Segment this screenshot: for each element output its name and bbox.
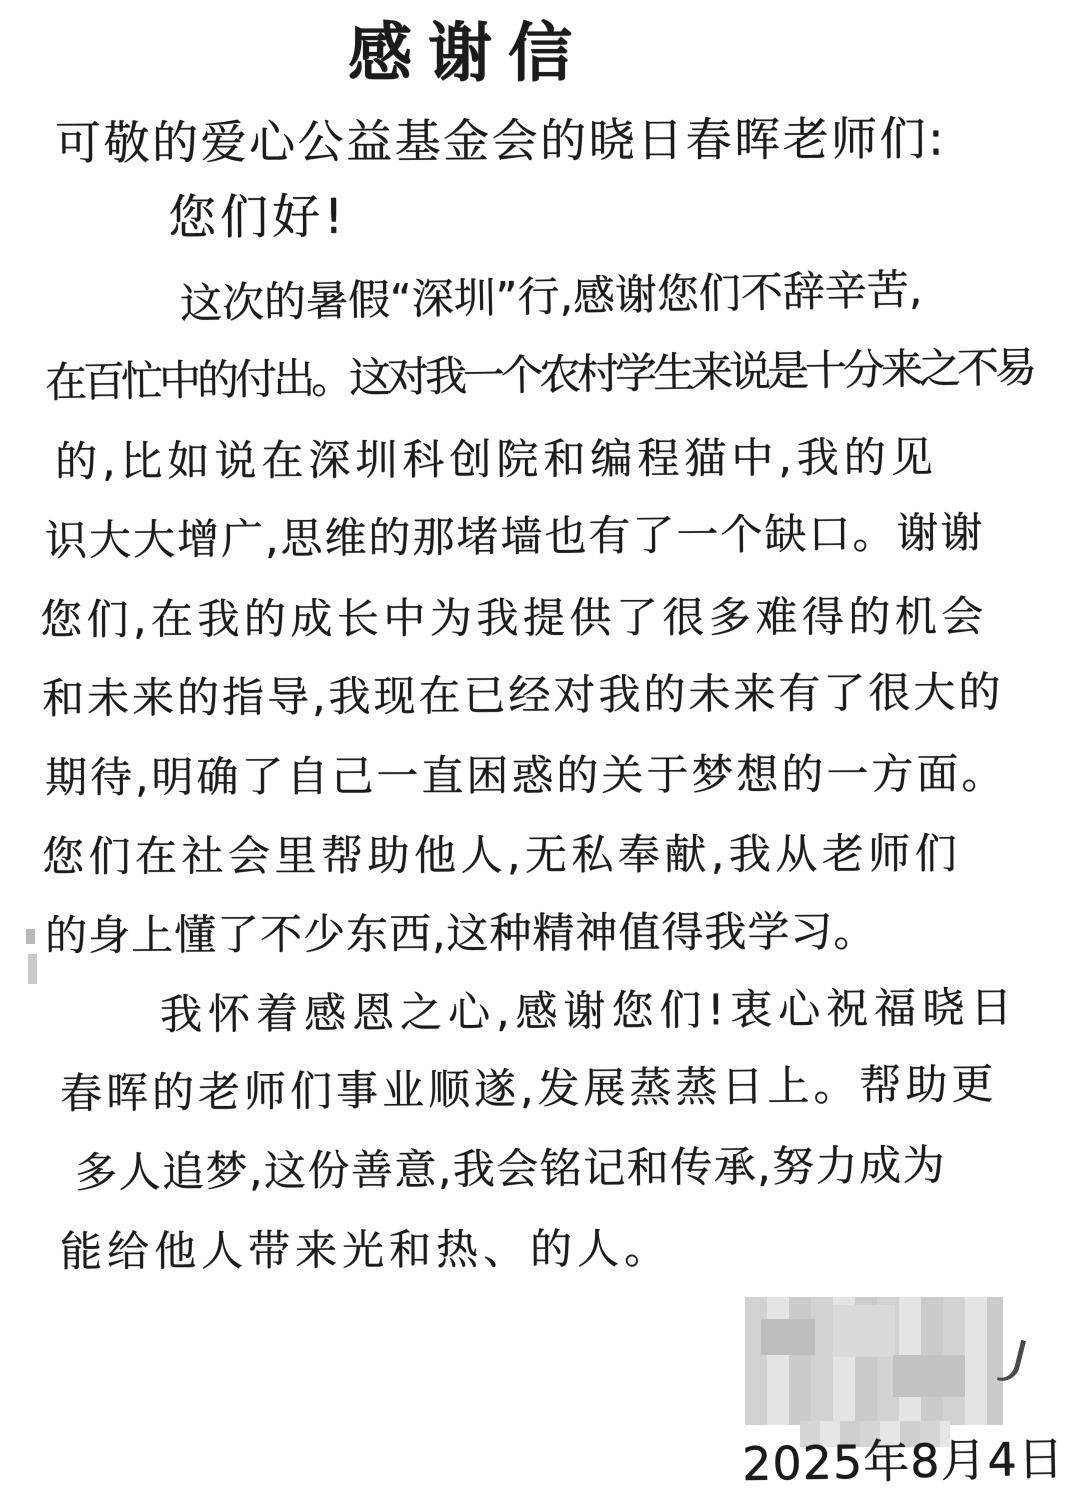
letter-line: 和未来的指导,我现在已经对我的未来有了很大的: [42, 652, 1076, 738]
letter-title: 感谢信: [0, 0, 1006, 94]
letter-line: 我怀着感恩之心,感谢您们!衷心祝福晓日: [160, 967, 1076, 1054]
letter-line: 您们,在我的成长中为我提供了很多难得的机会: [40, 576, 1076, 659]
letter-body: 这次的暑假“深圳”行,感谢您们不辞辛苦, 在百忙中的付出。这对我一个农村学生来说…: [0, 264, 1076, 1291]
letter-line: 能给他人带来光和热、的人。: [60, 1207, 1076, 1291]
letter-line: 识大大增广,思维的那堵墙也有了一个缺口。谢谢: [45, 492, 1076, 580]
letter-salutation: 可敬的爱心公益基金会的晓日春晖老师们:: [55, 105, 1076, 177]
letter-line: 的身上懂了不少东西,这种精神值得我学习。: [45, 890, 1076, 974]
scan-artifact: [26, 929, 35, 944]
letter-line: 的,比如说在深圳科创院和编程猫中,我的见: [55, 417, 1076, 501]
letter-line: 春晖的老师们事业顺遂,发展蒸蒸日上。帮助更: [60, 1043, 1076, 1133]
letter-line: 在百忙中的付出。这对我一个农村学生来说是十分来之不易: [44, 327, 1076, 422]
letter-line: 多人追梦,这份善意,我会铭记和传承,努力成为: [75, 1124, 1076, 1212]
scanned-letter-page: 感谢信 可敬的爱心公益基金会的晓日春晖老师们: 您们好! 这次的暑假“深圳”行,…: [0, 0, 1076, 1507]
letter-date: 2025年8月4日: [741, 1422, 1065, 1494]
letter-line: 期待,明确了自己一直困惑的关于梦想的一方面。: [45, 733, 1076, 816]
letter-greeting: 您们好!: [168, 178, 1076, 252]
scan-artifact: [28, 954, 37, 984]
letter-line: 您们在社会里帮助他人,无私奉献,我从老师们: [42, 813, 1076, 896]
signature-redacted-mosaic: [745, 1297, 1003, 1425]
